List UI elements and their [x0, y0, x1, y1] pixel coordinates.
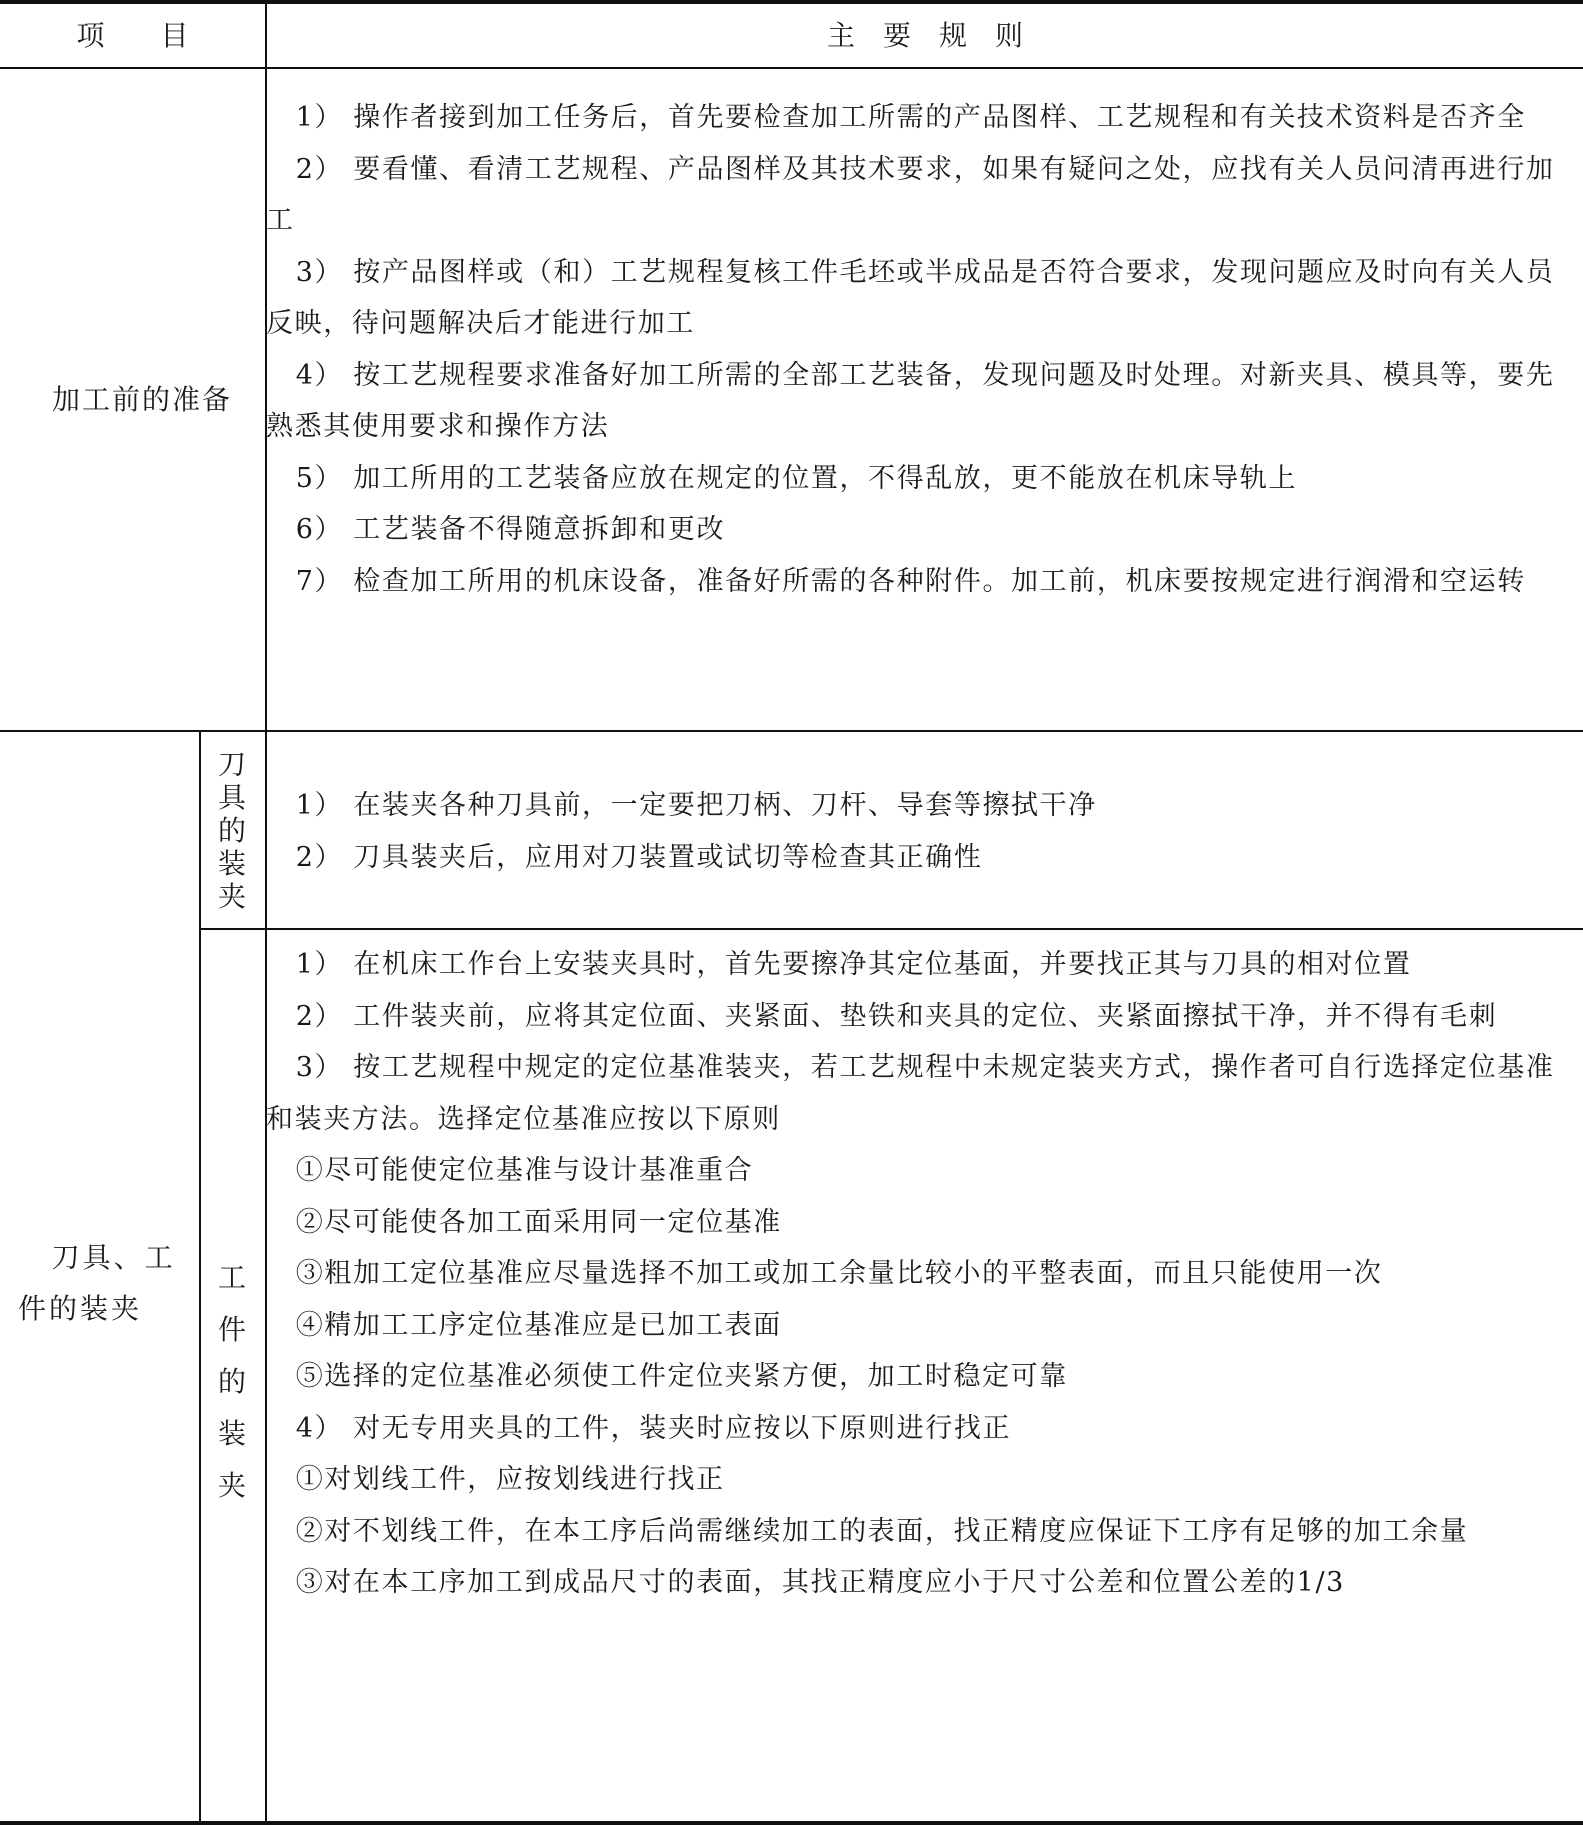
rule-item: 2） 刀具装夹后，应用对刀装置或试切等检查其正确性	[266, 832, 1566, 884]
header-rules: 主 要 规 则	[267, 0, 1583, 68]
table-bottom-border	[0, 1821, 1583, 1825]
subrow-label-tool-clamping: 刀 具 的 装 夹	[199, 748, 265, 913]
rule-item: 1） 在机床工作台上安装夹具时，首先要擦净其定位基面，并要找正其与刀具的相对位置	[266, 939, 1566, 991]
rule-item: 1） 操作者接到加工任务后，首先要检查加工所需的产品图样、工艺规程和有关技术资料…	[266, 92, 1566, 144]
label-char: 的	[199, 814, 265, 847]
row-label-preparation: 加工前的准备	[52, 374, 232, 425]
rule-item: ④精加工工序定位基准应是已加工表面	[266, 1300, 1566, 1352]
rule-item: ②对不划线工件，在本工序后尚需继续加工的表面，找正精度应保证下工序有足够的加工余…	[266, 1506, 1566, 1558]
label-char: 具	[199, 781, 265, 814]
rule-item: ⑤选择的定位基准必须使工件定位夹紧方便，加工时稳定可靠	[266, 1351, 1566, 1403]
subrow-label-workpiece-clamping: 工 件 的 装 夹	[199, 1252, 265, 1512]
row-label-clamping: 刀具、工件的装夹	[18, 1232, 188, 1334]
label-char: 夹	[199, 880, 265, 913]
label-char: 装	[199, 1408, 265, 1460]
rule-item: ③粗加工定位基准应尽量选择不加工或加工余量比较小的平整表面，而且只能使用一次	[266, 1248, 1566, 1300]
rule-item: 7） 检查加工所用的机床设备，准备好所需的各种附件。加工前，机床要按规定进行润滑…	[266, 556, 1566, 608]
rules-table: 项 目 主 要 规 则 加工前的准备 1） 操作者接到加工任务后，首先要检查加工…	[0, 0, 1583, 1825]
rule-item: 5） 加工所用的工艺装备应放在规定的位置，不得乱放，更不能放在机床导轨上	[266, 453, 1566, 505]
label-char: 件	[199, 1304, 265, 1356]
workpiece-clamping-rules: 1） 在机床工作台上安装夹具时，首先要擦净其定位基面，并要找正其与刀具的相对位置…	[266, 939, 1566, 1609]
label-char: 装	[199, 847, 265, 880]
rule-item: 2） 要看懂、看清工艺规程、产品图样及其技术要求，如果有疑问之处，应找有关人员问…	[266, 144, 1566, 247]
label-char: 的	[199, 1356, 265, 1408]
rule-item: 4） 对无专用夹具的工件，装夹时应按以下原则进行找正	[266, 1403, 1566, 1455]
rule-item: 3） 按工艺规程中规定的定位基准装夹，若工艺规程中未规定装夹方式，操作者可自行选…	[266, 1042, 1566, 1145]
preparation-rules: 1） 操作者接到加工任务后，首先要检查加工所需的产品图样、工艺规程和有关技术资料…	[266, 92, 1566, 607]
rule-item: 1） 在装夹各种刀具前，一定要把刀柄、刀杆、导套等擦拭干净	[266, 780, 1566, 832]
rule-item: ③对在本工序加工到成品尺寸的表面，其找正精度应小于尺寸公差和位置公差的1/3	[266, 1557, 1566, 1609]
rule-item: 6） 工艺装备不得随意拆卸和更改	[266, 504, 1566, 556]
rule-item: ①尽可能使定位基准与设计基准重合	[266, 1145, 1566, 1197]
label-char: 夹	[199, 1460, 265, 1512]
rule-item: 2） 工件装夹前，应将其定位面、夹紧面、垫铁和夹具的定位、夹紧面擦拭干净，并不得…	[266, 991, 1566, 1043]
row-divider	[0, 730, 1583, 732]
rule-item: ②尽可能使各加工面采用同一定位基准	[266, 1197, 1566, 1249]
subrow-divider	[199, 928, 1583, 930]
label-char: 刀	[199, 748, 265, 781]
rule-item: ①对划线工件，应按划线进行找正	[266, 1454, 1566, 1506]
tool-clamping-rules: 1） 在装夹各种刀具前，一定要把刀柄、刀杆、导套等擦拭干净 2） 刀具装夹后，应…	[266, 780, 1566, 883]
header-item: 项 目	[0, 0, 265, 68]
label-char: 工	[199, 1252, 265, 1304]
rule-item: 4） 按工艺规程要求准备好加工所需的全部工艺装备，发现问题及时处理。对新夹具、模…	[266, 350, 1566, 453]
rule-item: 3） 按产品图样或（和）工艺规程复核工件毛坯或半成品是否符合要求，发现问题应及时…	[266, 247, 1566, 350]
